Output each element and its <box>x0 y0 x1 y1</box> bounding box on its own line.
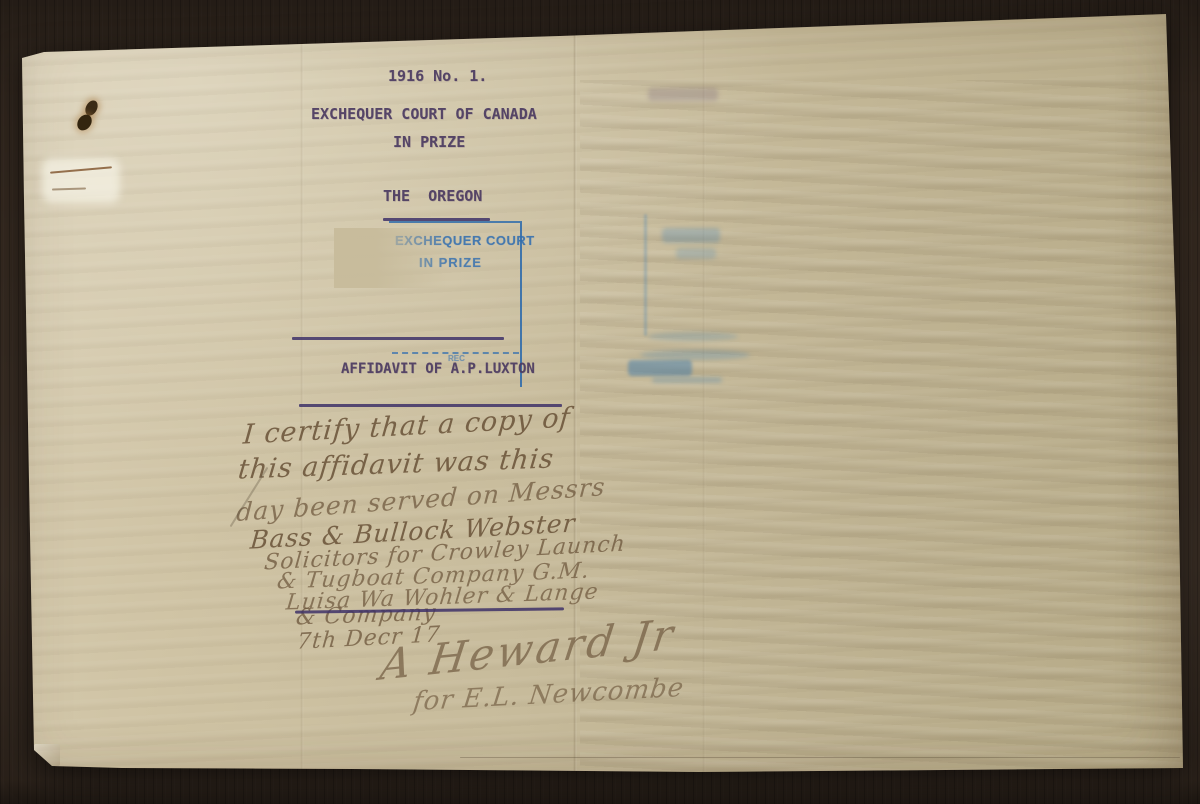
typed-ship-name: THE OREGON <box>383 187 482 205</box>
ink-rule-middle <box>292 337 504 340</box>
bleedthrough-tail-line <box>652 377 722 383</box>
corner-fold-bottom-left <box>34 744 60 766</box>
stamp-fade-overlay <box>334 228 449 288</box>
typed-court-name: EXCHEQUER COURT OF CANADA <box>311 105 537 123</box>
bleedthrough-stamp-edge <box>644 214 647 336</box>
sheet-edge-line <box>460 757 1180 758</box>
typed-in-prize: IN PRIZE <box>393 133 465 151</box>
photograph-of-document: 1916 No. 1. EXCHEQUER COURT OF CANADA IN… <box>0 0 1200 804</box>
paper-sheet: 1916 No. 1. EXCHEQUER COURT OF CANADA IN… <box>0 0 1200 804</box>
typed-affidavit-title: AFFIDAVIT OF A.P.LUXTON <box>341 361 535 377</box>
bleedthrough-wave-1 <box>648 332 738 341</box>
paper-document: 1916 No. 1. EXCHEQUER COURT OF CANADA IN… <box>0 0 1200 804</box>
bleedthrough-stamp-text-1 <box>662 228 720 243</box>
repair-patch <box>42 158 120 203</box>
bleedthrough-stamp-text-2 <box>676 248 716 259</box>
bleedthrough-wave-2 <box>640 350 750 360</box>
bleedthrough-stamp-text-3 <box>628 360 692 376</box>
typed-case-number: 1916 No. 1. <box>388 67 487 85</box>
bleedthrough-purple-text <box>648 88 718 101</box>
